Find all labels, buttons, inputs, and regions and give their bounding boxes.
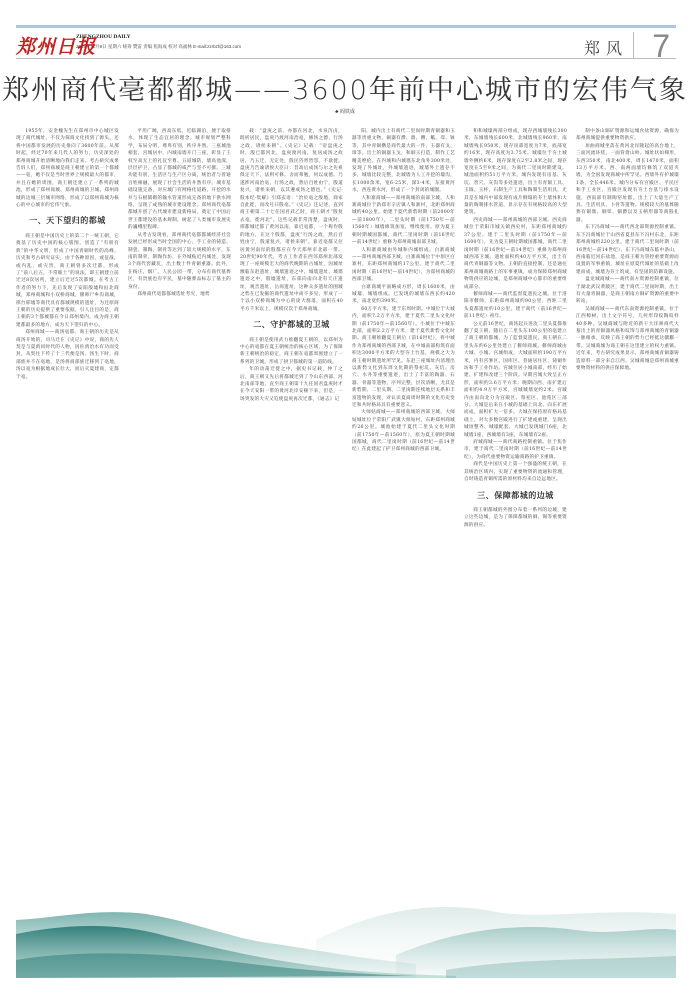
paragraph: 偃师商城——商代监督夏遗民之城。位于洛阳市偃师，东距郑州商城约90公里，西距二里… [464, 291, 567, 321]
article-column-6: 制中条山铜矿资源和运城食盐资源，确保为郑州商城提供重要物资供应。 垣曲商城坐落在… [576, 128, 679, 372]
paragraph: 大师姑商城——郑州商城的西部卫城。大师姑城址位于荥阳广武镇大师姑村，东距郑州商城… [352, 409, 455, 453]
newspaper-english-name: ZHENGZHOU DAILY [76, 34, 131, 40]
paragraph: 商王朝都城的外围分布着一系列的边城，建立这些边城，是为了保障都城的铜、锡等重要资… [464, 507, 567, 529]
paragraph: 载：“盘庚之前，亦都在河北，水泉泻卤，既析居民，盘庚乃渡河南治亳，修汤之德，行汤… [240, 128, 343, 313]
section-heading-2: 二、守护都城的卫城 [240, 321, 343, 328]
article-column-2: 平坦广阔，西高东低，近临湖泊，便于取排水，体现了生态宜居的理念。城市规划严整科学… [128, 128, 231, 298]
paragraph: 商王朝是使用武力推翻夏王朝的，以郑州为中心的亳都在夏王朝统治的核心区域，为了保障… [240, 337, 343, 367]
paragraph: 郑州商代亳都都城选址考究，地势 [128, 291, 231, 298]
article-column-4: 阳，城内出土有商代二里岗时期青铜器和玉器等贵重文物，铜器有爵、鼎、罍、觚、斝、钵… [352, 128, 455, 454]
paragraph: 1955年，安金槐先生在郑州市中心城区发现了商代城址，不仅为探商文化找到了源头，… [16, 128, 119, 209]
article-body: 1955年，安金槐先生在郑州市中心城区发现了商代城址，不仅为探商文化找到了源头，… [16, 128, 676, 858]
masthead: 郑州日报 ZHENGZHOU DAILY 2025年11月8日 星期六 统筹 樊… [16, 30, 676, 58]
article-column-5: 和和城壕两部分组成，现存西城墙残长300米，东城墙残长600米，北城墙残长960… [464, 128, 567, 529]
landscape-illustration [16, 900, 676, 978]
paragraph: 公元前16世纪，商汤起兵进攻二里头夏都推翻了夏王朝，随后在二里头东100公里的亳… [464, 321, 567, 440]
paragraph: 人和寨商城——郑州商城的南部卫城。人和寨商城位于新郑市辛店镇人和寨村，北距郑州商… [352, 195, 455, 247]
paragraph: 年的动荡迁徙之中，据史书记载，仲丁之后，商王朝又先后将都城迁到了今山东西部、河北… [240, 366, 343, 403]
paragraph: 东下冯商城——商代西北部资源控制重镇。东下冯商城位于山西省夏县东下冯村东北，东距… [576, 224, 679, 276]
page-number: 7 [652, 28, 670, 65]
section-heading-1: 一、天下望归的都城 [16, 217, 119, 224]
issue-meta: 2025年11月8日 星期六 统筹 樊雷 责编 焦海成 校对 高福林 E-mai… [76, 44, 241, 50]
paragraph: 垣曲商城坐落在黄河北岸隆起的高台地上，三面河流环绕，一面背倚山岭。城址状如梯形，… [576, 143, 679, 224]
paragraph: 和和城壕两部分组成，现存西城墙残长300米，东城墙残长600米，北城墙残长960… [464, 128, 567, 217]
article-column-1: 1955年，安金槐先生在郑州市中心城区发现了商代城址，不仅为探商文化找到了源头，… [16, 128, 119, 381]
paragraph: 吴城商城——商代东南资源控制重镇。位于江西樟树，出土文字符号，几何形印纹陶纹样4… [576, 306, 679, 373]
paragraph: 商王朝是中国历史上的第二个一统王朝，它奠基了历史中国的核心版图，创造了“有册有典… [16, 233, 119, 329]
paragraph: 制中条山铜矿资源和运城食盐资源，确保为郑州商城提供重要物资供应。 [576, 128, 679, 143]
paragraph: 盘龙城商城——商代南方资源控制重镇，位于湖北武汉黄陂区，建于商代二里岗时期，出土… [576, 276, 679, 306]
article-headline: 郑州商代亳都都城——3600年前中心城市的宏伟气象 [0, 68, 690, 107]
masthead-bottom-rule [16, 58, 676, 59]
section-heading-3: 三、保障都城的边城 [464, 492, 567, 499]
article-column-3: 载：“盘庚之前，亦都在河北，水泉泻卤，既析居民，盘庚乃渡河南治亳，修汤之德，行汤… [240, 128, 343, 403]
paragraph: 西史商城——郑州商城的西部卫城。西史商城位于荥阳市城关镇西史村，东距郑州商城约3… [464, 217, 567, 291]
paragraph: 府城商城——商代商路控制重镇。位于焦作市，建于商代二里岗时期（前16世纪—前14… [464, 439, 567, 461]
paragraph: 郑州商城——商汤亳都。商王朝的历史是从商汤开始的，司马迁在《史记》中说，商的先人… [16, 329, 119, 381]
paragraph: 60万平方米，建于东周时期。中城位于大城内，面积7.2万平方米，建于夏代二里头文… [352, 306, 455, 410]
article-byline: ♣ 阎铁成 [0, 108, 690, 115]
paragraph: 商代是中国历史上第一个强盛的统王朝，在其统治区域内，实现了重要物资的流通和管理，… [464, 461, 567, 483]
paragraph: 白寨商城平面略成方形，周长1600米，由城壕、城墙组成。已发现的城墙东西长约42… [352, 284, 455, 306]
paragraph: 阳，城内出土有商代二里岗时期青铜器和玉器等贵重文物，铜器有爵、鼎、罍、觚、斝、钵… [352, 128, 455, 195]
masthead-top-rule [16, 25, 676, 28]
section-name: 郑风 [584, 36, 628, 59]
ink-mountains-icon [16, 900, 676, 978]
paragraph: 人和寨商城由外城和内城组成。白寨商城——郑州商城西部卫城。白寨商城位于中原区白寨… [352, 247, 455, 284]
paragraph: 从考古发现看，郑州商代亳都都城经济社会发展已经形成当时全国的中心，手工业的铸造、… [128, 232, 231, 291]
masthead-divider [633, 32, 634, 58]
paragraph: 平坦广阔，西高东低，近临湖泊，便于取排水，体现了生态宜居的理念。城市规划严整科学… [128, 128, 231, 232]
